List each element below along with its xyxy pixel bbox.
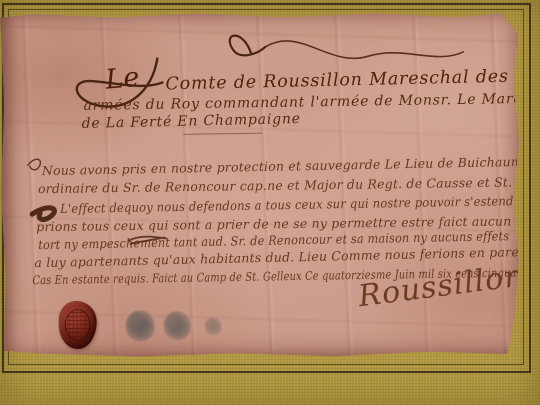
heading-initial: Le: [104, 62, 141, 96]
ink-stamp-icon: [126, 311, 155, 342]
framed-document-photo: Le Comte de Roussillon Mareschal des Cam…: [0, 0, 540, 405]
ink-stamp-icon: [164, 311, 191, 340]
ink-stamp-icon: [205, 317, 222, 335]
manuscript-paper: Le Comte de Roussillon Mareschal des Cam…: [0, 11, 522, 360]
